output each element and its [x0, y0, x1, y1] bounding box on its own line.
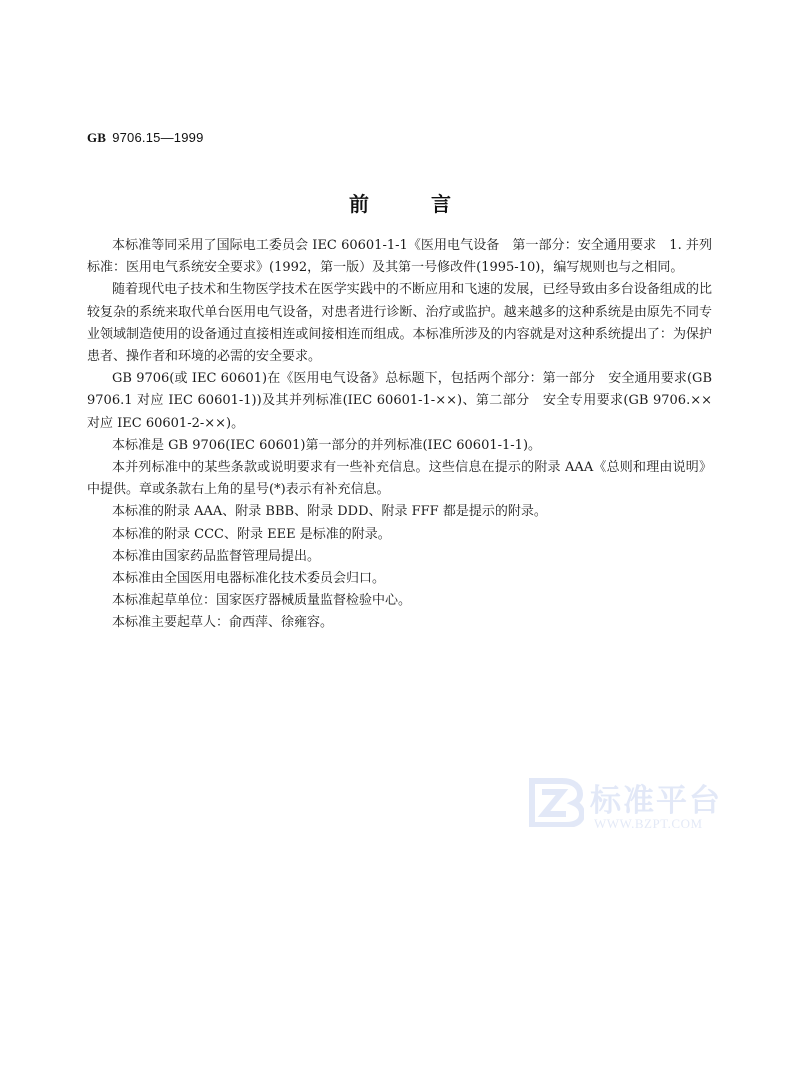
paragraph-supplementary-info: 本并列标准中的某些条款或说明要求有一些补充信息。这些信息在提示的附录 AAA《总… [87, 457, 712, 501]
watermark-url: WWW.BZPT.COM [594, 816, 703, 832]
paragraph-normative-annexes: 本标准的附录 CCC、附录 EEE 是标准的附录。 [87, 524, 712, 546]
standard-code: GB9706.15—1999 [87, 130, 204, 146]
page-title: 前言 [0, 188, 800, 217]
paragraph-adoption: 本标准等同采用了国际电工委员会 IEC 60601-1-1《医用电气设备 第一部… [87, 235, 712, 279]
paragraph-background: 随着现代电子技术和生物医学技术在医学实践中的不断应用和飞速的发展，已经导致由多台… [87, 279, 712, 368]
paragraph-proposed-by: 本标准由国家药品监督管理局提出。 [87, 546, 712, 568]
paragraph-managed-by: 本标准由全国医用电器标准化技术委员会归口。 [87, 568, 712, 590]
paragraph-structure: GB 9706(或 IEC 60601)在《医用电气设备》总标题下，包括两个部分… [87, 368, 712, 435]
standard-number: 9706.15—1999 [112, 130, 203, 145]
paragraph-drafting-unit: 本标准起草单位：国家医疗器械质量监督检验中心。 [87, 590, 712, 612]
paragraph-informative-annexes: 本标准的附录 AAA、附录 BBB、附录 DDD、附录 FFF 都是提示的附录。 [87, 501, 712, 523]
watermark: 标准平台 WWW.BZPT.COM [528, 775, 738, 835]
document-page: GB9706.15—1999 前言 本标准等同采用了国际电工委员会 IEC 60… [0, 0, 800, 1070]
bzpt-logo-icon [528, 777, 584, 827]
standard-prefix: GB [87, 130, 106, 145]
foreword-body: 本标准等同采用了国际电工委员会 IEC 60601-1-1《医用电气设备 第一部… [87, 235, 712, 635]
paragraph-drafters: 本标准主要起草人：俞西萍、徐雍容。 [87, 612, 712, 634]
paragraph-collateral: 本标准是 GB 9706(IEC 60601)第一部分的并列标准(IEC 606… [87, 435, 712, 457]
watermark-name: 标准平台 [590, 775, 722, 820]
